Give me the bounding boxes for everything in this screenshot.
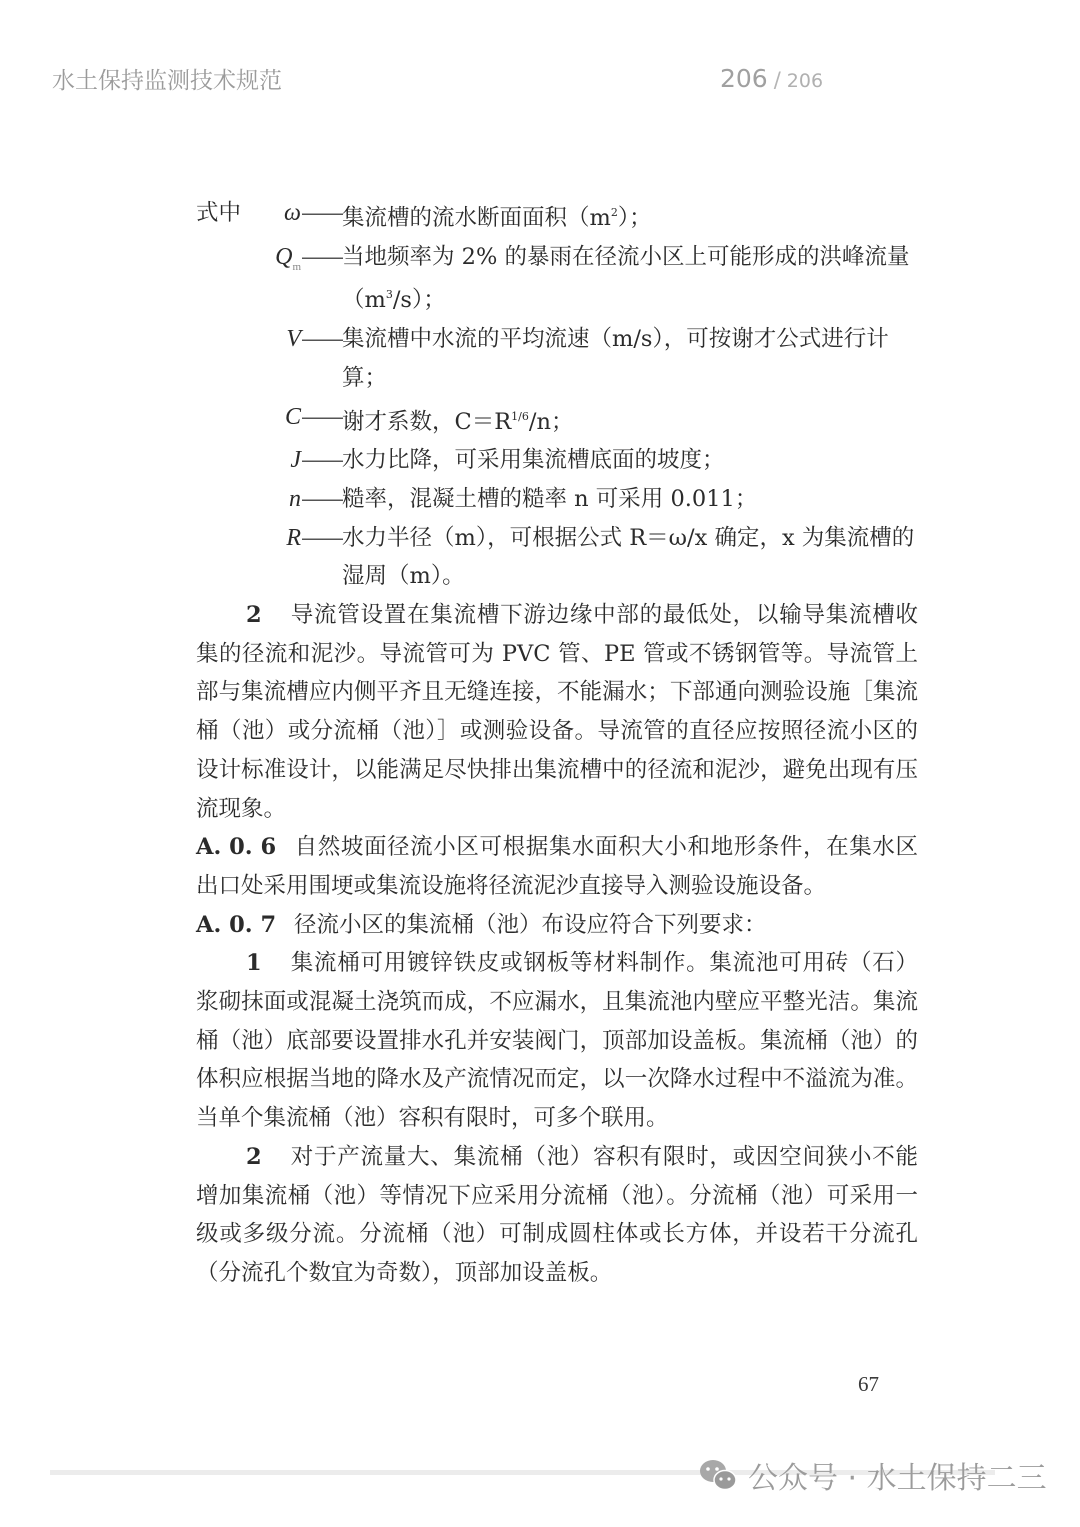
definition-qm: Qm—— 当地频率为 2% 的暴雨在径流小区上可能形成的洪峰流量（m3/s）； xyxy=(196,238,918,320)
item-number: 2 xyxy=(196,1138,290,1177)
watermark-text: 公众号 · 水土保持二三 xyxy=(748,1453,1047,1497)
symbol: n xyxy=(289,486,301,512)
page-number: 67 xyxy=(858,1372,879,1397)
wechat-icon xyxy=(698,1458,738,1492)
definition-r: R—— 水力半径（m），可根据公式 R＝ω/x 确定，x 为集流槽的湿周（m）。 xyxy=(196,519,918,596)
section-number: A. 0. 7 xyxy=(196,906,294,945)
document-title: 水土保持监测技术规范 xyxy=(52,62,282,95)
section-number: A. 0. 6 xyxy=(196,828,294,867)
definition-c: C—— 谢才系数，C＝R1/6/n； xyxy=(196,398,918,442)
symbol: R xyxy=(286,525,301,551)
item-number: 2 xyxy=(196,596,290,635)
symbol: V xyxy=(286,326,301,352)
paragraph-item-2-splitter: 2对于产流量大、集流桶（池）容积有限时，或因空间狭小不能增加集流桶（池）等情况下… xyxy=(196,1138,918,1293)
page-separator: / xyxy=(774,68,781,92)
symbol: Qm xyxy=(275,244,301,270)
symbol: J xyxy=(290,447,301,473)
watermark: 公众号 · 水土保持二三 xyxy=(698,1453,1047,1497)
definition-j: J—— 水力比降，可采用集流槽底面的坡度； xyxy=(196,441,918,480)
paragraph-a06: A. 0. 6自然坡面径流小区可根据集水面积大小和地形条件，在集水区出口处采用围… xyxy=(196,828,918,905)
paragraph-a07: A. 0. 7径流小区的集流桶（池）布设应符合下列要求： xyxy=(196,906,918,945)
definition-n: n—— 糙率，混凝土槽的糙率 n 可采用 0.011； xyxy=(196,480,918,519)
item-number: 1 xyxy=(196,944,290,983)
symbol-definitions: 式中ω—— 集流槽的流水断面面积（m2）； Qm—— 当地频率为 2% 的暴雨在… xyxy=(196,194,918,596)
paragraph-item-1-tank: 1集流桶可用镀锌铁皮或钢板等材料制作。集流池可用砖（石）浆砌抹面或混凝土浇筑而成… xyxy=(196,944,918,1138)
paragraph-item-2-pipe: 2导流管设置在集流槽下游边缘中部的最低处，以输导集流槽收集的径流和泥沙。导流管可… xyxy=(196,596,918,828)
page-content: 式中ω—— 集流槽的流水断面面积（m2）； Qm—— 当地频率为 2% 的暴雨在… xyxy=(196,194,918,1293)
where-prefix: 式中 xyxy=(196,194,241,233)
symbol: ω xyxy=(284,200,301,226)
definition-omega: 式中ω—— 集流槽的流水断面面积（m2）； xyxy=(196,194,918,238)
definition-v: V—— 集流槽中水流的平均流速（m/s），可按谢才公式进行计算； xyxy=(196,320,918,397)
current-page: 206 xyxy=(720,64,768,93)
symbol: C xyxy=(285,404,301,430)
page-counter: 206/206 xyxy=(720,64,823,93)
total-pages: 206 xyxy=(787,70,823,92)
